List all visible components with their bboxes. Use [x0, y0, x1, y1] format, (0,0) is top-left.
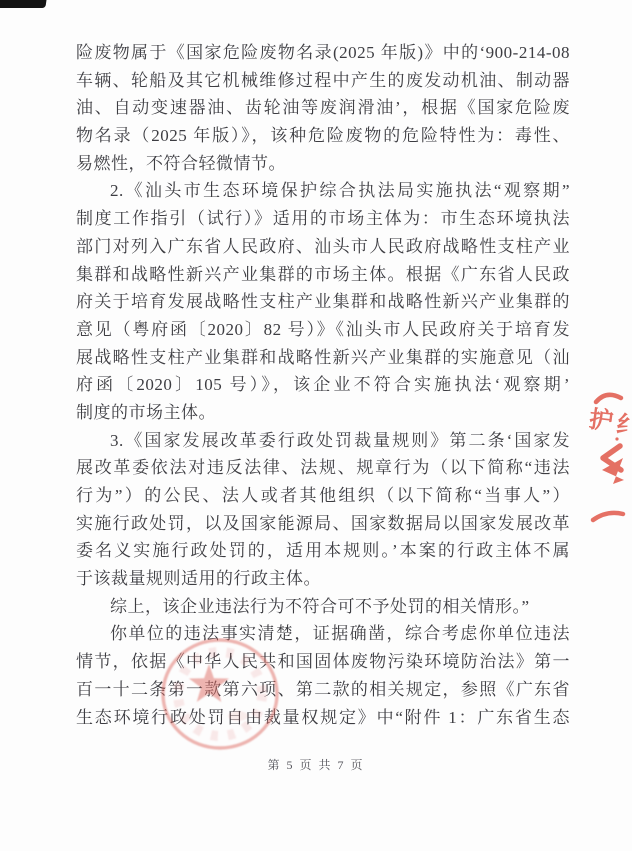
document-line: 意见（粤府函〔2020〕82 号）》《汕头市人民政府关于培育发	[76, 316, 570, 344]
document-line: 制度工作指引（试行）》适用的市场主体为：市生态环境执法	[76, 205, 570, 233]
document-line: 你单位的违法事实清楚，证据确凿，综合考虑你单位违法	[76, 620, 570, 648]
document-line: 综上，该企业违法行为不符合可不予处罚的相关情形。”	[76, 593, 570, 621]
seal-dot	[615, 437, 618, 440]
seal-stroke	[593, 513, 623, 520]
document-body: 险废物属于《国家危险废物名录(2025 年版)》中的‘900-214-08 车辆…	[76, 39, 570, 731]
seal-stroke	[602, 458, 624, 484]
document-line: 2.《汕头市生态环境保护综合执法局实施执法“观察期”	[76, 177, 570, 205]
scan-artifact-corner	[0, 0, 47, 8]
document-line: 府函〔2020〕105 号）》，该企业不符合实施执法‘观察期’	[76, 371, 570, 399]
seal-stroke	[603, 446, 621, 470]
document-line: 物名录（2025 年版）》，该种危险废物的危险特性为：毒性、	[76, 122, 570, 150]
document-line: 于该裁量规则适用的行政主体。	[76, 565, 570, 593]
seal-stroke	[596, 395, 621, 402]
document-page: 险废物属于《国家危险废物名录(2025 年版)》中的‘900-214-08 车辆…	[0, 0, 632, 851]
document-line: 车辆、轮船及其它机械维修过程中产生的废发动机油、制动器	[76, 67, 570, 95]
document-line: 生态环境行政处罚自由裁量权规定》中“附件 1：广东省生态	[76, 704, 570, 732]
document-line: 委名义实施行政处罚的，适用本规则。’本案的行政主体不属	[76, 537, 570, 565]
document-line: 3.《国家发展改革委行政处罚裁量规则》第二条‘国家发	[76, 427, 570, 455]
document-line: 险废物属于《国家危险废物名录(2025 年版)》中的‘900-214-08	[76, 39, 570, 67]
document-line: 易燃性，不符合轻微情节。	[76, 150, 570, 178]
document-line: 部门对列入广东省人民政府、汕头市人民政府战略性支柱产业	[76, 233, 570, 261]
seal-character: 护	[589, 405, 615, 436]
document-line: 油、自动变速器油、齿轮油等废润滑油’，根据《国家危险废	[76, 94, 570, 122]
document-line: 制度的市场主体。	[76, 399, 570, 427]
document-line: 情节，依据《中华人民共和国固体废物污染环境防治法》第一	[76, 648, 570, 676]
document-line: 百一十二条第一款第六项、第二款的相关规定，参照《广东省	[76, 676, 570, 704]
document-line: 实施行政处罚，以及国家能源局、国家数据局以国家发展改革	[76, 510, 570, 538]
document-line: 集群和战略性新兴产业集群的市场主体。根据《广东省人民政	[76, 261, 570, 289]
document-line: 府关于培育发展战略性支柱产业集群和战略性新兴产业集群的	[76, 288, 570, 316]
paging-seal-fragment-icon: 护 纟	[589, 386, 632, 528]
document-line: 展战略性支柱产业集群和战略性新兴产业集群的实施意见（汕	[76, 344, 570, 372]
seal-character: 纟	[614, 411, 632, 442]
document-line: 展改革委依法对违反法律、法规、规章行为（以下简称“违法	[76, 454, 570, 482]
page-number: 第 5 页 共 7 页	[0, 756, 632, 773]
document-line: 行为”）的公民、法人或者其他组织（以下简称“当事人”）	[76, 482, 570, 510]
